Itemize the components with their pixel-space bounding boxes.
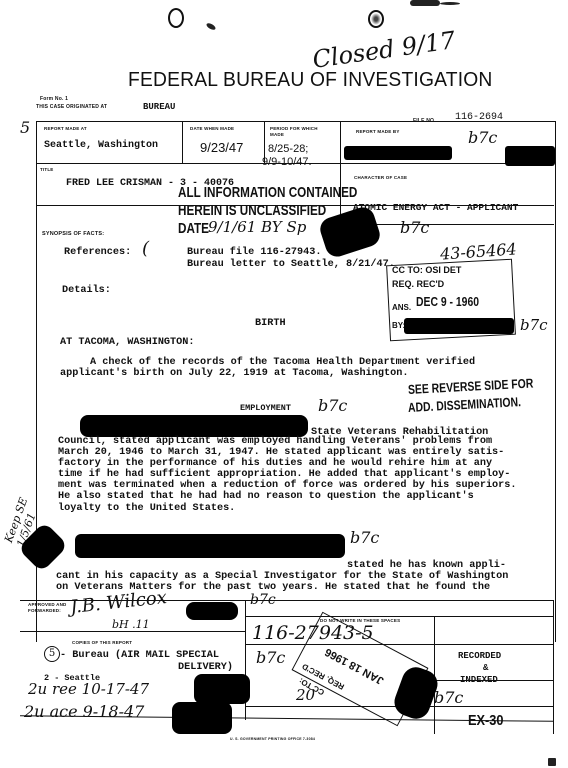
character-label: CHARACTER OF CASE [354,175,407,180]
employment-line-6: He also stated that he had had no reason… [58,491,474,502]
page-title: FEDERAL BUREAU OF INVESTIGATION [128,68,493,92]
employment-line-4: time if he had sufficient appropriation.… [58,469,510,480]
reference-2: Bureau letter to Seattle, 8/21/47. [187,259,395,270]
employment-line-1: Council, stated applicant was employed h… [58,436,492,447]
employment-line-3: factory in the performance of his duties… [58,458,492,469]
employment-heading: EMPLOYMENT [240,403,291,414]
synopsis-label: SYNOPSIS OF FACTS: [42,231,104,237]
details-label: Details: [62,285,111,296]
redaction [75,534,345,558]
approved-initials: bH .11 [112,618,150,631]
period-value-1: 8/25-28; [268,143,308,155]
declass-stamp-date-value: 9/1/61 BY Sp [208,218,306,236]
copy-handwritten-2: 2u ace 9-18-47 [24,702,144,721]
copy-handwritten-1: 2u ree 10-17-47 [28,680,149,698]
punch-hole-left [168,8,184,28]
redaction [186,602,238,620]
declass-stamp-date-label: DATE [178,220,209,237]
cc-stamp-ans-date: DEC 9 - 1960 [416,294,479,309]
copy-count-circle: 5 [44,646,60,662]
footer-note-2: b7c [434,688,463,707]
approved-note: b7c [250,592,276,608]
case-originated-value: BUREAU [143,102,175,112]
paragraph2-note: b7c [350,528,379,547]
recorded-label: RECORDED [458,651,501,661]
period-label: PERIOD FOR WHICH MADE [270,126,328,138]
cc-stamp-note: b7c [520,316,548,334]
recorded-amp: & [483,663,488,673]
copies-label: COPIES OF THIS REPORT [72,640,132,645]
form-number: Form No. 1 [40,96,68,102]
character-value: ATOMIC ENERGY ACT - APPLICANT [353,202,518,213]
birth-heading: BIRTH [255,318,286,329]
employment-line-2: March 20, 1946 to March 31, 1947. He sta… [58,447,504,458]
rotated-stamp-hand: 20 [296,686,315,704]
date-made-label: DATE WHEN MADE [190,126,234,131]
ink-speck [205,22,216,31]
report-made-at-label: REPORT MADE AT [44,126,87,131]
ink-speck [548,758,556,766]
declass-stamp-line2: HEREIN IS UNCLASSIFIED [178,202,326,219]
redaction [505,146,555,166]
report-made-by-label: REPORT MADE BY [356,129,400,134]
margin-mark: ( [142,238,149,259]
divider [553,600,554,734]
period-value-2: 9/9-10/47. [262,156,312,168]
birth-text-2: applicant's birth on July 22, 1919 at Ta… [60,368,408,379]
case-originated-label: THIS CASE ORIGINATED AT [36,104,107,110]
redaction [80,415,308,437]
divider [340,121,341,225]
cc-stamp-ans: ANS. [392,303,411,312]
declass-stamp-line1: ALL INFORMATION CONTAINED [178,184,357,201]
ink-speck [440,2,460,5]
handwritten-closed-note: Closed 9/17 [311,26,457,74]
cc-stamp-cc-to: CC TO: OSI DET [392,265,461,275]
references-label: References: [64,247,131,258]
report-made-at-value: Seattle, Washington [44,140,158,151]
cc-stamp-req-recd: REQ. REC'D [392,279,444,289]
employment-line-7: loyalty to the United States. [58,503,235,514]
margin-mark: 5 [20,118,30,137]
title-label: TITLE [40,167,54,172]
birth-location: AT TACOMA, WASHINGTON: [60,337,195,348]
report-made-by-note: b7c [468,128,497,147]
ink-speck [410,0,440,6]
approved-label: APPROVED AND FORWARDED: [28,602,68,614]
divider [20,631,245,632]
paragraph2-line-1: stated he has known appli- [347,560,506,571]
redaction [344,146,452,160]
printer-line: U. S. GOVERNMENT PRINTING OFFICE 7-3084 [230,737,315,741]
copy-1b: DELIVERY) [178,662,233,673]
footer-note-1: b7c [256,648,285,667]
employment-note: b7c [318,396,347,415]
declass-stamp-note: b7c [400,218,429,237]
redaction [172,702,232,734]
reference-1: Bureau file 116-27943. [187,247,322,258]
redaction [404,318,514,334]
divider [245,616,554,617]
indexed-label: INDEXED [460,675,498,685]
divider [245,644,554,645]
employment-line-5: ment was terminated when a reduction of … [58,480,517,491]
date-made-value: 9/23/47 [200,140,243,155]
copy-1: - Bureau (AIR MAIL SPECIAL [60,650,219,661]
ex-number: EX-30 [468,712,503,729]
punch-hole-right [368,10,384,28]
paragraph2-line-2: cant in his capacity as a Special Invest… [56,571,508,582]
redaction [194,674,250,704]
divider [182,121,183,163]
birth-text-1: A check of the records of the Tacoma Hea… [90,357,475,368]
